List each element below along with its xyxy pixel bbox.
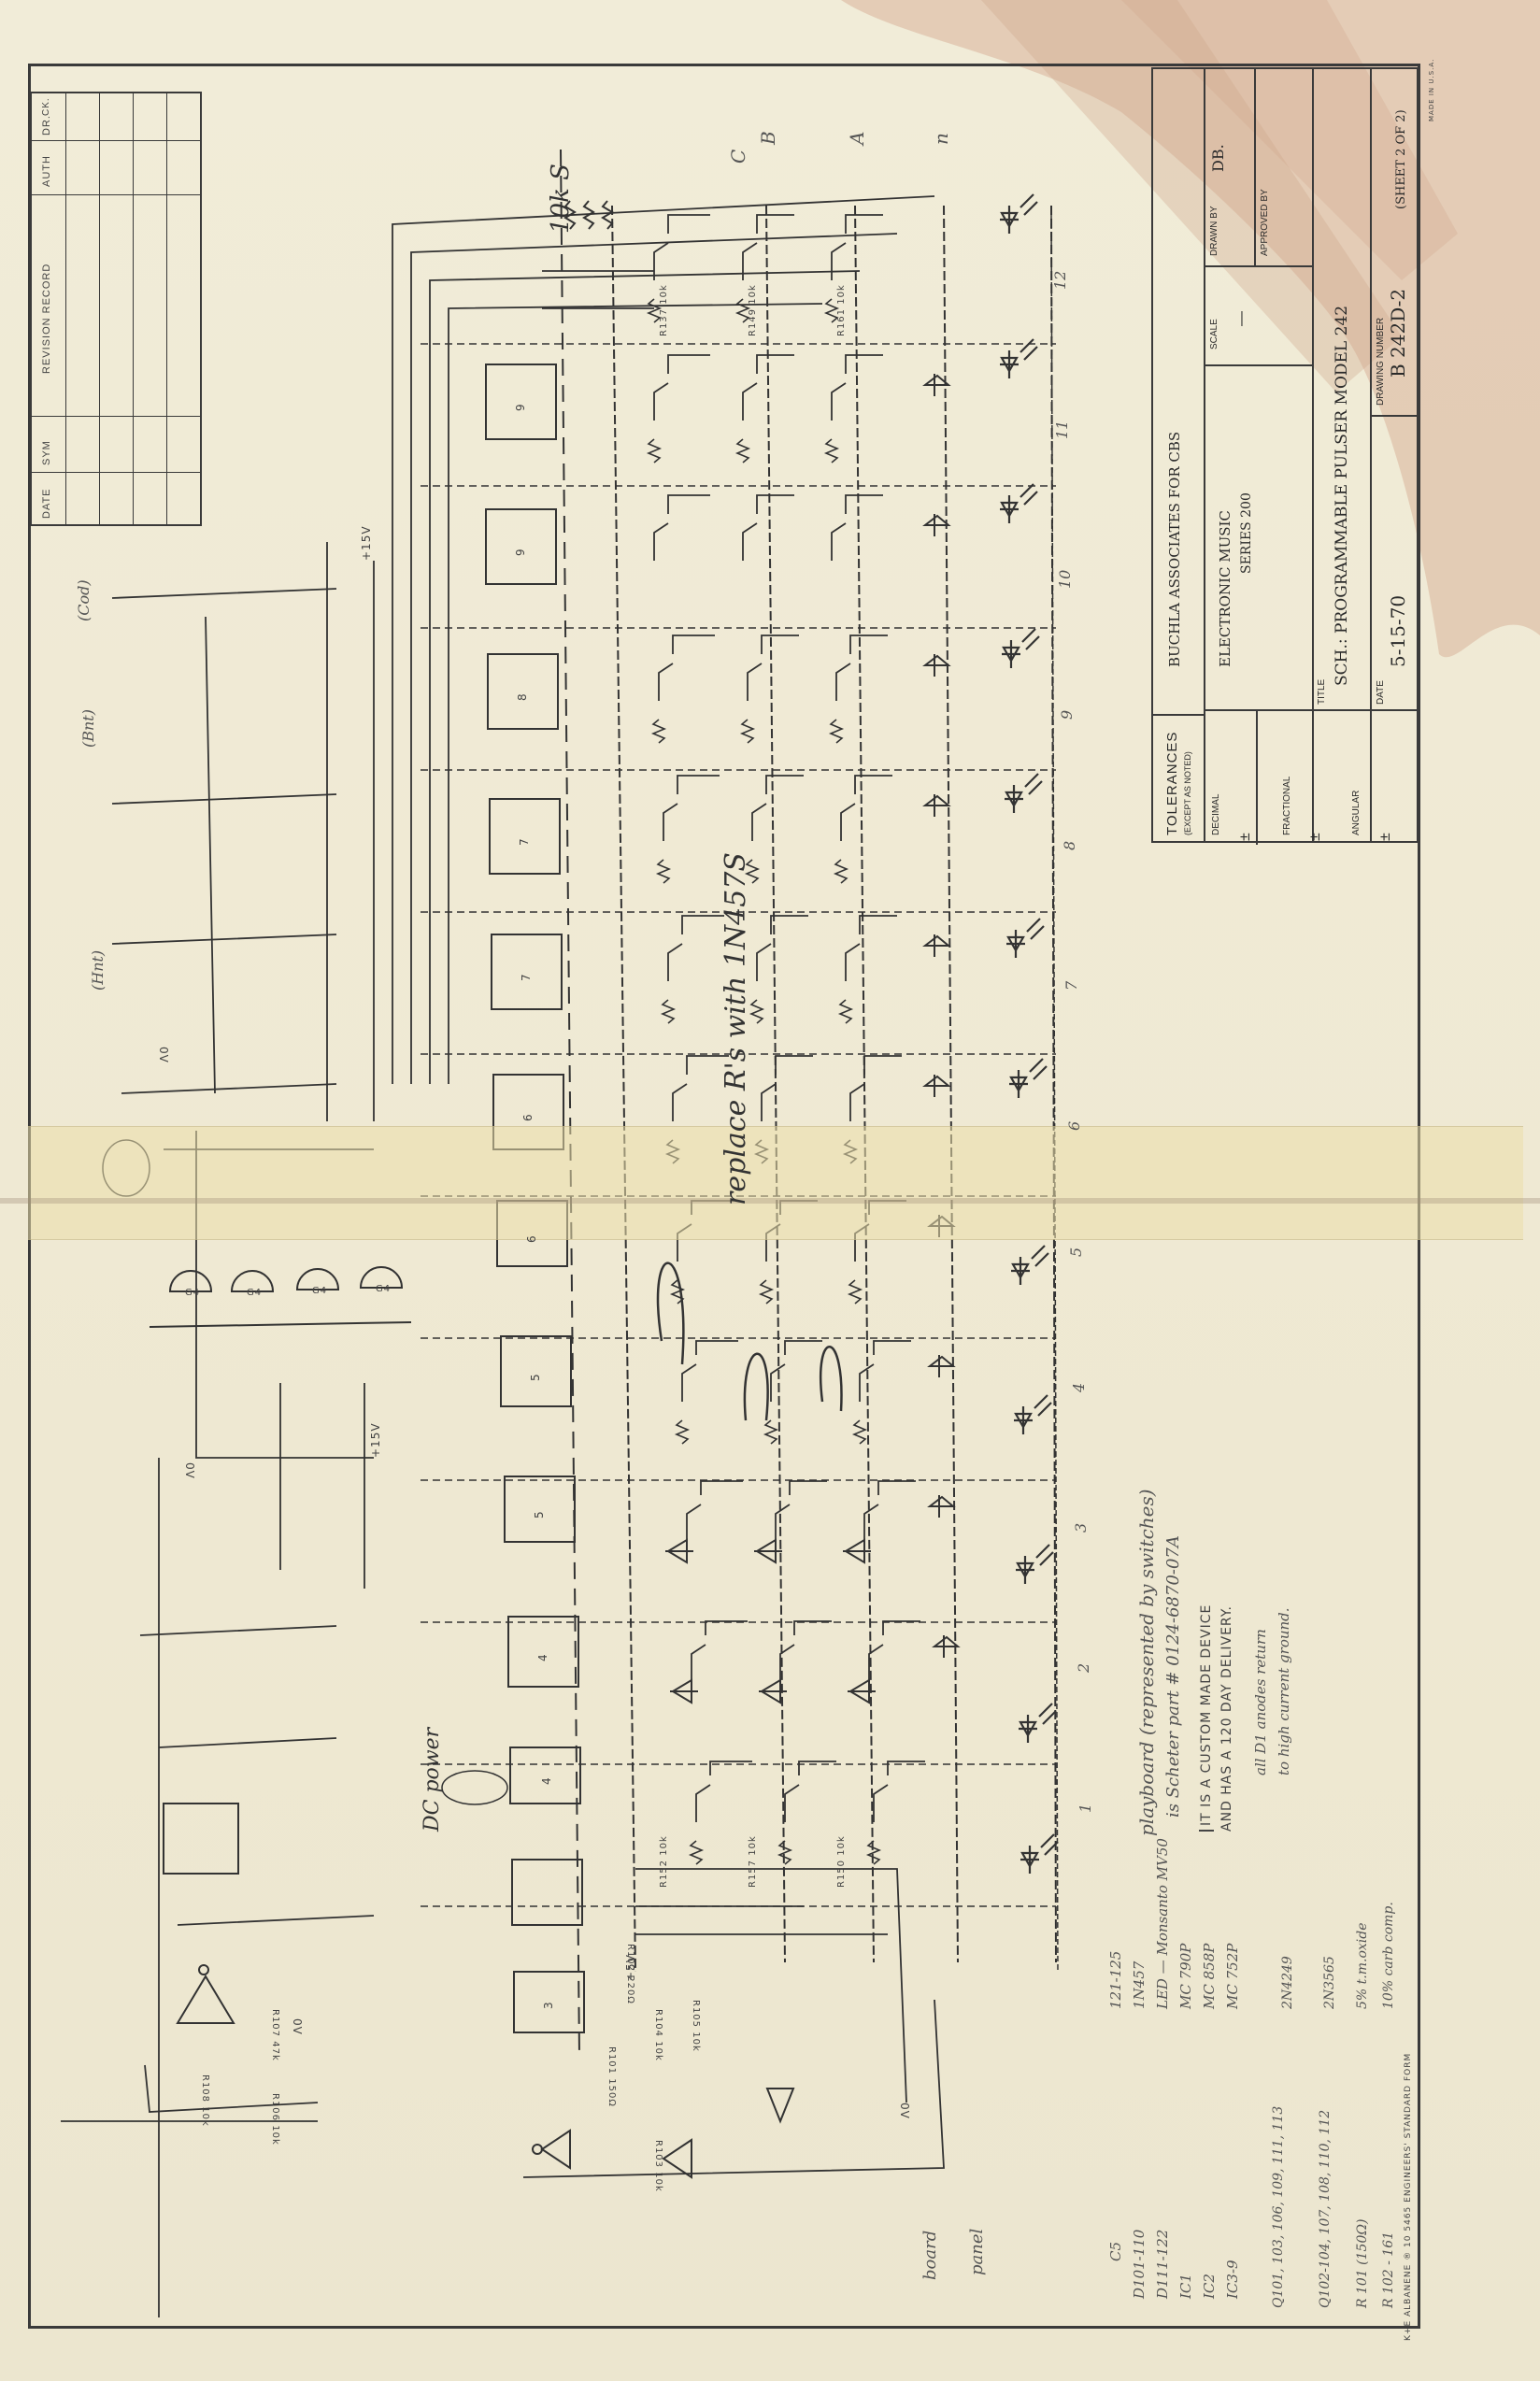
made-in-label: MADE IN U.S.A.: [1428, 59, 1435, 121]
date-label: DATE: [1376, 680, 1386, 705]
ff-label: 6: [521, 1113, 535, 1121]
product-line: ELECTRONIC MUSIC: [1217, 510, 1233, 667]
approved-by-label: APPROVED BY: [1260, 189, 1270, 256]
replace-note: replace R's with 1N457S: [720, 852, 752, 1205]
tolerances-label: TOLERANCES: [1164, 732, 1180, 835]
parts-value: LED — Monsanto MV50: [1154, 1838, 1171, 2009]
parts-ref: IC3-9: [1224, 2260, 1241, 2299]
ff-label: 8: [516, 692, 529, 701]
drawn-by-label: DRAWN BY: [1209, 206, 1219, 256]
resistor-label: R104 10k: [653, 2009, 663, 2061]
paper-brand: K+E ALBANENE ® 10 5465 ENGINEERS' STANDA…: [1404, 2053, 1413, 2341]
angular-label: ANGULAR: [1351, 791, 1362, 835]
osc-hnt-label: (Hnt): [89, 950, 107, 991]
ff-label: 9: [514, 548, 527, 556]
parts-ref: D101-110: [1131, 2230, 1148, 2299]
matrix-diodes: [665, 374, 958, 1703]
osc-bnt-label: (Bnt): [79, 709, 97, 748]
supply-label: +15V: [360, 525, 373, 561]
drawing-number-value: B 242D-2: [1387, 289, 1409, 378]
pullup-note: 10k S: [547, 164, 575, 234]
step-number-1: 1: [1077, 1804, 1094, 1813]
angular-pm: ±: [1377, 833, 1394, 841]
ff-label: 3: [542, 2001, 555, 2009]
decimal-label: DECIMAL: [1211, 794, 1221, 835]
step-number-3: 3: [1072, 1523, 1090, 1533]
resistor-label: R106 10k: [270, 2093, 280, 2146]
resistor-label: R157 10k: [748, 1835, 758, 1888]
channel-label-c: C: [727, 150, 749, 164]
step-number-5: 5: [1067, 1248, 1085, 1257]
parts-value: 2N3565: [1322, 1956, 1337, 2009]
ff-label: 7: [520, 973, 533, 981]
parts-value: 121-125: [1107, 1951, 1124, 2009]
supply-label: 0V: [898, 2103, 911, 2119]
supply-label: +15V: [369, 1422, 382, 1458]
step-number-6: 6: [1065, 1121, 1083, 1131]
resistor-label: R108 10k: [200, 2074, 210, 2127]
ff-label: 9: [514, 403, 527, 411]
panel-label: panel: [967, 2229, 987, 2275]
tape-strip: [28, 1126, 1523, 1240]
resistor-label: R161 10k: [836, 284, 847, 336]
supply-label: 0V: [157, 1047, 170, 1063]
resistor-label: R152 10k: [659, 1835, 669, 1888]
parts-value: 5% t.m.oxide: [1355, 1922, 1370, 2009]
channel-label-b: B: [757, 131, 779, 145]
fractional-label: FRACTIONAL: [1282, 777, 1292, 835]
step-number-12: 12: [1051, 271, 1069, 290]
ff-label: 5: [533, 1510, 546, 1518]
gate-label: G4: [247, 1288, 262, 1298]
resistor-label: R107 47k: [270, 2009, 280, 2061]
scale-value: —: [1233, 311, 1250, 326]
decimal-pm: ±: [1237, 833, 1254, 841]
supply-label: 0V: [183, 1462, 196, 1479]
note-line: playboard (represented by switches): [1135, 1489, 1158, 1836]
drawn-by-value: DB.: [1209, 144, 1227, 172]
resistor-label: R105 10k: [691, 2000, 701, 2052]
parts-value: 2N4249: [1280, 1956, 1295, 2009]
resistor-label: R101 150Ω: [606, 2046, 617, 2107]
step-number-4: 4: [1070, 1383, 1088, 1392]
note-line: to high current ground.: [1276, 1607, 1292, 1775]
step-number-11: 11: [1053, 421, 1071, 439]
gate-label: G4: [185, 1288, 200, 1298]
led-column: [1000, 194, 1058, 1972]
parts-ref: R 101 (150Ω): [1355, 2219, 1370, 2308]
drawing-number-label: DRAWING NUMBER: [1376, 318, 1386, 406]
step-number-10: 10: [1056, 570, 1074, 589]
step-number-8: 8: [1061, 841, 1078, 850]
step-number-2: 2: [1075, 1663, 1092, 1673]
ff-label: 4: [540, 1776, 553, 1785]
parts-ref: Q101, 103, 106, 109, 111, 113: [1271, 2106, 1286, 2308]
note-line: is Scheter part # 0124-6870-07A: [1163, 1535, 1183, 1818]
ff-label: 7: [518, 837, 531, 846]
company-name: BUCHLA ASSOCIATES FOR CBS: [1166, 432, 1183, 667]
series: SERIES 200: [1239, 492, 1254, 574]
parts-value: MC 790P: [1177, 1944, 1194, 2009]
fold-line: [0, 1198, 1540, 1204]
parts-value: MC 752P: [1224, 1944, 1241, 2009]
ff-label: 5: [529, 1373, 542, 1381]
switch-matrix: [654, 215, 925, 1822]
gate-label: G4: [376, 1284, 391, 1294]
fractional-pm: ±: [1307, 833, 1324, 841]
note-line: IT IS A CUSTOM MADE DEVICE: [1199, 1604, 1214, 1832]
dc-power-mark: [442, 1771, 507, 1804]
ff-label: 4: [536, 1653, 549, 1661]
note-line: all D1 anodes return: [1252, 1629, 1269, 1775]
inverters: [178, 1965, 793, 2177]
channel-label-n: n: [930, 133, 952, 145]
step-number-9: 9: [1058, 710, 1076, 720]
parts-ref: R 102 - 161: [1381, 2231, 1396, 2308]
parts-value: MC 858P: [1201, 1944, 1218, 2009]
ff-label: 6: [525, 1234, 538, 1243]
supply-label: +5V: [624, 1954, 637, 1981]
osc-cod-label: (Cod): [75, 579, 93, 621]
parts-value: 10% carb comp.: [1381, 1902, 1396, 2009]
resistor-label: R137 10k: [659, 284, 669, 336]
oscillator-section: [112, 542, 374, 2317]
supply-label: 0V: [291, 2018, 304, 2035]
dc-power-note: DC power: [421, 1728, 444, 1832]
tolerances-sub: (EXCEPT AS NOTED): [1183, 751, 1192, 835]
date-value: 5-15-70: [1387, 595, 1409, 667]
sheet-number: (SHEET 2 OF 2): [1394, 109, 1408, 209]
matrix-resistors: [649, 299, 879, 1864]
note-line: AND HAS A 120 DAY DELIVERY.: [1219, 1605, 1234, 1832]
channel-bus: [561, 150, 1056, 2056]
parts-ref: C5: [1107, 2242, 1124, 2261]
parts-ref: IC2: [1201, 2274, 1218, 2299]
resistor-label: R149 10k: [748, 284, 758, 336]
scale-label: SCALE: [1209, 319, 1219, 349]
resistor-label: R150 10k: [836, 1835, 847, 1888]
title-value: SCH.: PROGRAMMABLE PULSER MODEL 242: [1333, 306, 1351, 686]
parts-ref: D111-122: [1154, 2230, 1171, 2299]
parts-value: 1N457: [1131, 1961, 1148, 2009]
resistor-label: R103 10k: [653, 2140, 663, 2192]
parts-ref: Q102-104, 107, 108, 110, 112: [1318, 2110, 1333, 2308]
parts-ref: IC1: [1177, 2274, 1194, 2299]
channel-label-a: A: [846, 132, 868, 145]
step-number-7: 7: [1062, 981, 1080, 991]
gate-label: G4: [312, 1286, 327, 1296]
board-label: board: [920, 2231, 940, 2280]
title-label: TITLE: [1317, 679, 1327, 705]
title-block: BUCHLA ASSOCIATES FOR CBS ELECTRONIC MUS…: [1151, 67, 1419, 843]
